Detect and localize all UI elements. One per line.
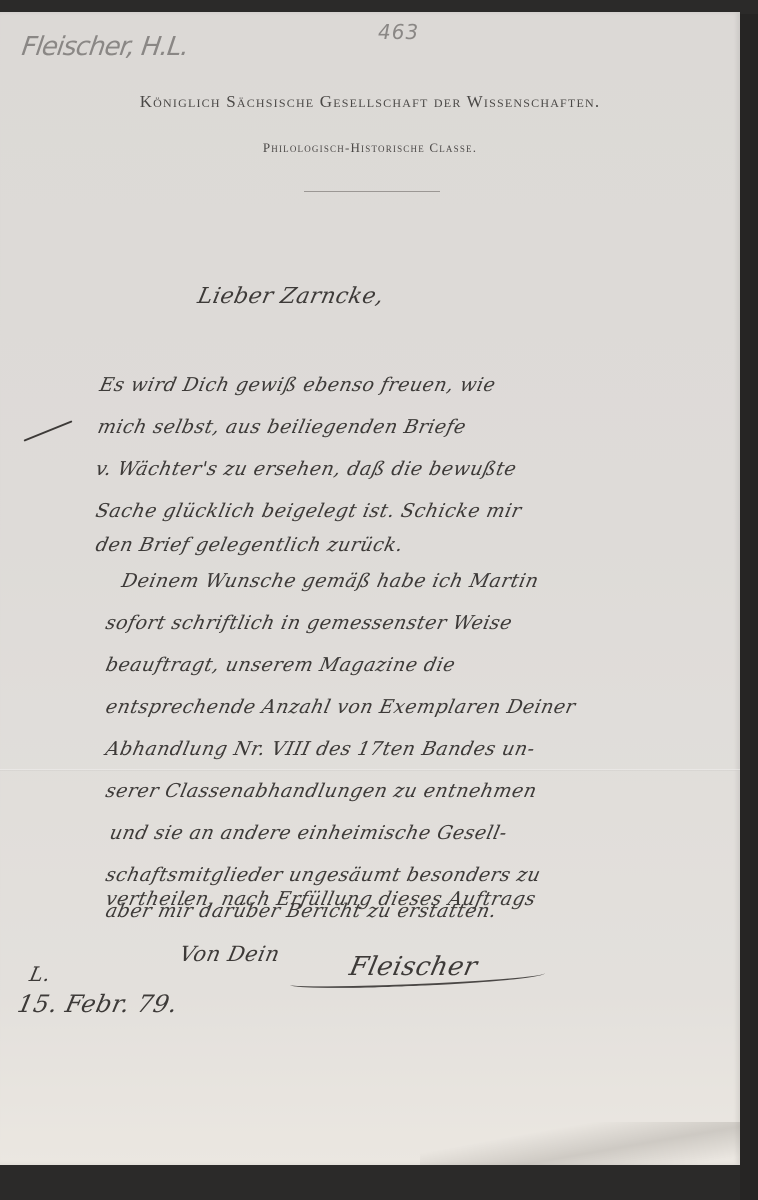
body-line: serer Classenabhandlungen zu entnehmen	[104, 780, 539, 802]
body-line: v. Wächter's zu ersehen, daß die bewußte	[94, 458, 519, 480]
paper-fold	[0, 769, 740, 771]
margin-mark	[24, 420, 73, 441]
folio-number: 463	[378, 20, 419, 44]
scan-background	[740, 14, 758, 1200]
body-line: den Brief gelegentlich zurück.	[94, 534, 406, 556]
letterhead-title: Königlich Sächsische Gesellschaft der Wi…	[0, 92, 740, 112]
body-line: schaftsmitglieder ungesäumt besonders zu	[104, 864, 543, 886]
archive-name-annotation: Fleischer, H.L.	[20, 32, 190, 62]
body-line: Deinem Wunsche gemäß habe ich Martin	[120, 570, 541, 592]
body-line: und sie an andere einheimische Gesell-	[108, 822, 510, 844]
letterhead-subtitle: Philologisch-Historische Classe.	[0, 140, 740, 156]
paper-curl	[420, 1122, 740, 1165]
signature-flourish	[290, 968, 545, 991]
body-line: aber mir darüber Bericht zu erstatten.	[104, 900, 499, 922]
body-line: mich selbst, aus beiliegenden Briefe	[96, 416, 469, 438]
closing: Von Dein	[177, 942, 282, 966]
place: L.	[27, 962, 53, 986]
letterhead-divider	[304, 191, 440, 192]
body-line: Abhandlung Nr. VIII des 17ten Bandes un-	[104, 738, 537, 760]
letter-sheet: Fleischer, H.L. 463 Königlich Sächsische…	[0, 12, 740, 1165]
body-line: Sache glücklich beigelegt ist. Schicke m…	[94, 500, 524, 522]
body-line: entsprechende Anzahl von Exemplaren Dein…	[104, 696, 578, 718]
salutation: Lieber Zarncke,	[195, 284, 386, 309]
body-line: Es wird Dich gewiß ebenso freuen, wie	[98, 374, 498, 396]
date: 15. Febr. 79.	[15, 990, 180, 1018]
body-line: beauftragt, unserem Magazine die	[104, 654, 458, 676]
body-line: sofort schriftlich in gemessenster Weise	[104, 612, 515, 634]
